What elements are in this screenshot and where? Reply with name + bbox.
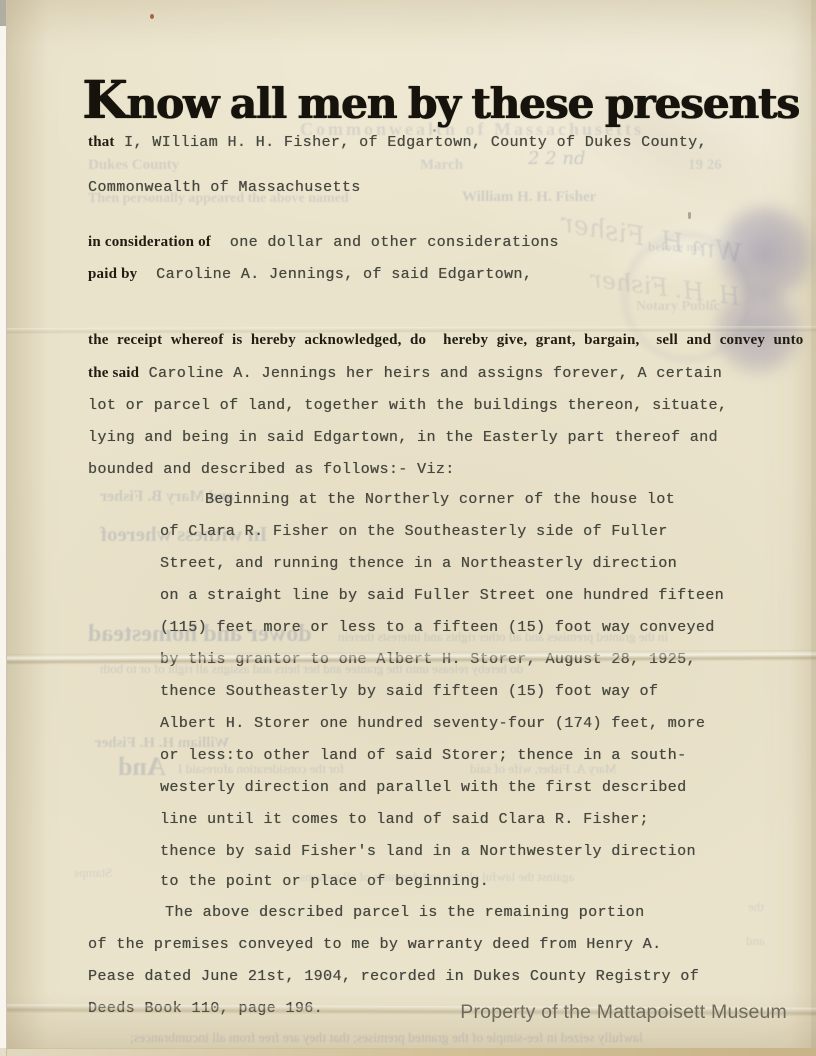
deed-line: Commonwealth of Massachusetts bbox=[88, 176, 361, 199]
deed-line: (115) feet more or less to a fifteen (15… bbox=[160, 616, 715, 639]
scan-edge bbox=[0, 0, 7, 1056]
deed-line: thence Southeasterly by said fifteen (15… bbox=[160, 680, 658, 703]
typewritten-text: thence by said Fisher's land in a Northw… bbox=[160, 843, 696, 860]
printed-form-text: the said bbox=[88, 365, 139, 381]
printed-form-text: that bbox=[88, 134, 115, 150]
printed-form-text: the receipt whereof is hereby acknowledg… bbox=[88, 332, 803, 348]
scan-edge-corner bbox=[0, 0, 6, 26]
deed-line: on a straight line by said Fuller Street… bbox=[160, 584, 724, 607]
typewritten-text: Pease dated June 21st, 1904, recorded in… bbox=[88, 968, 699, 985]
deed-line: Pease dated June 21st, 1904, recorded in… bbox=[88, 965, 699, 988]
typewritten-text: to the point or place of beginning. bbox=[160, 873, 489, 890]
deed-line: paid by Caroline A. Jennings, of said Ed… bbox=[88, 263, 532, 286]
deed-line: the said Caroline A. Jennings her heirs … bbox=[88, 362, 722, 385]
typewritten-text: bounded and described as follows:- Viz: bbox=[88, 461, 455, 478]
typewritten-text: of Clara R. Fisher on the Southeasterly … bbox=[160, 523, 668, 540]
deed-line: of Clara R. Fisher on the Southeasterly … bbox=[160, 520, 668, 543]
deed-line: bounded and described as follows:- Viz: bbox=[88, 458, 455, 481]
deed-line: line until it comes to land of said Clar… bbox=[160, 808, 649, 831]
typewritten-text: one dollar and other considerations bbox=[211, 234, 559, 251]
typewritten-text: I, WIlliam H. H. Fisher, of Edgartown, C… bbox=[115, 134, 707, 151]
paper-bottom-edge bbox=[0, 1048, 816, 1056]
typewritten-text: Commonwealth of Massachusetts bbox=[88, 179, 361, 196]
typewritten-text: Caroline A. Jennings, of said Edgartown, bbox=[137, 266, 532, 283]
typewritten-text: on a straight line by said Fuller Street… bbox=[160, 587, 724, 604]
printed-form-text: paid by bbox=[88, 266, 137, 282]
deed-line: to the point or place of beginning. bbox=[160, 870, 489, 893]
typewritten-text: line until it comes to land of said Clar… bbox=[160, 811, 649, 828]
deed-line: Street, and running thence in a Northeas… bbox=[160, 552, 677, 575]
deed-line: lot or parcel of land, together with the… bbox=[88, 394, 727, 417]
typewritten-text: or less:to other land of said Storer; th… bbox=[160, 747, 686, 764]
deed-line: by this grantor to one Albert H. Storer,… bbox=[160, 648, 696, 671]
deed-heading: Know all men by these presents bbox=[82, 72, 799, 133]
deed-line: westerly direction and parallel with the… bbox=[160, 776, 686, 799]
typewritten-text: thence Southeasterly by said fifteen (15… bbox=[160, 683, 658, 700]
deed-line: in consideration of one dollar and other… bbox=[88, 231, 559, 254]
typewritten-text: (115) feet more or less to a fifteen (15… bbox=[160, 619, 715, 636]
typewritten-text: The above described parcel is the remain… bbox=[165, 904, 644, 921]
printed-form-text: in consideration of bbox=[88, 234, 211, 250]
deed-line: The above described parcel is the remain… bbox=[165, 901, 644, 924]
deed-line: the receipt whereof is hereby acknowledg… bbox=[88, 329, 803, 351]
typewritten-text: of the premises conveyed to me by warran… bbox=[88, 936, 662, 953]
deed-line: lying and being in said Edgartown, in th… bbox=[88, 426, 718, 449]
deed-line: Deeds Book 110, page 196. bbox=[88, 997, 323, 1020]
typewritten-text: by this grantor to one Albert H. Storer,… bbox=[160, 651, 696, 668]
scanned-deed-document: Commonwealth of MassachusettsDukes Count… bbox=[0, 0, 816, 1056]
typewritten-text: Albert H. Storer one hundred seventy-fou… bbox=[160, 715, 705, 732]
deed-line: Albert H. Storer one hundred seventy-fou… bbox=[160, 712, 705, 735]
deed-line: or less:to other land of said Storer; th… bbox=[160, 744, 686, 767]
deed-line: of the premises conveyed to me by warran… bbox=[88, 933, 662, 956]
typewritten-text: Street, and running thence in a Northeas… bbox=[160, 555, 677, 572]
typewritten-text: Caroline A. Jennings her heirs and assig… bbox=[139, 365, 722, 382]
typewritten-text: Beginning at the Northerly corner of the… bbox=[205, 491, 675, 508]
typewritten-text: westerly direction and parallel with the… bbox=[160, 779, 686, 796]
typewritten-text: Deeds Book 110, page 196. bbox=[88, 1000, 323, 1017]
deed-line: thence by said Fisher's land in a Northw… bbox=[160, 840, 696, 863]
museum-watermark: Property of the Mattapoisett Museum bbox=[460, 1001, 787, 1024]
paper-right-edge bbox=[811, 0, 816, 1056]
deed-body-text: that I, WIlliam H. H. Fisher, of Edgarto… bbox=[0, 0, 816, 1056]
deed-line: that I, WIlliam H. H. Fisher, of Edgarto… bbox=[88, 131, 707, 154]
typewritten-text: lying and being in said Edgartown, in th… bbox=[88, 429, 718, 446]
deed-line: Beginning at the Northerly corner of the… bbox=[205, 488, 675, 511]
typewritten-text: lot or parcel of land, together with the… bbox=[88, 397, 727, 414]
